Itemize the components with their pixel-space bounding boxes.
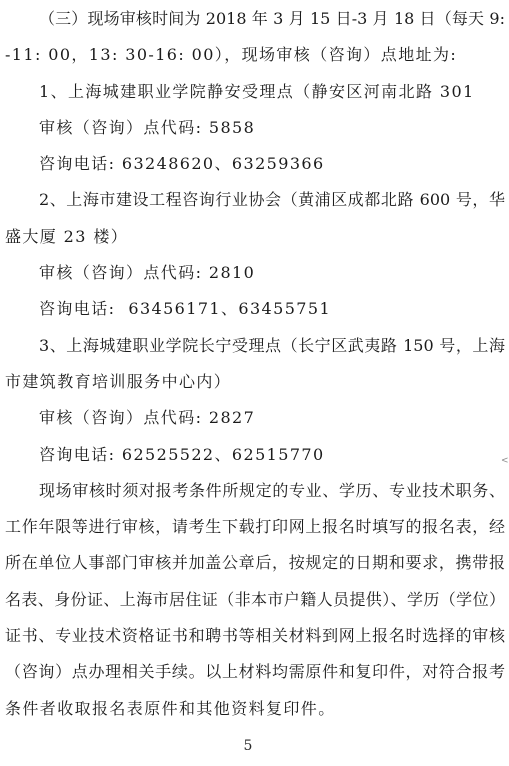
document-line: 审核（咨询）点代码: 5858 xyxy=(5,110,505,146)
page-number: 5 xyxy=(0,736,496,756)
document-line: 现场审核时须对报考条件所规定的专业、学历、专业技术职务、 xyxy=(5,473,505,509)
document-line: （咨询）点办理相关手续。以上材料均需原件和复印件，对符合报考 xyxy=(5,654,505,690)
document-page: （三）现场审核时间为 2018 年 3 月 15 日-3 月 18 日（每天 9… xyxy=(0,0,509,766)
document-line: 审核（咨询）点代码: 2827 xyxy=(5,400,505,436)
document-line: 名表、身份证、上海市居住证（非本市户籍人员提供）、学历（学位） xyxy=(5,582,505,618)
document-body: （三）现场审核时间为 2018 年 3 月 15 日-3 月 18 日（每天 9… xyxy=(5,1,505,727)
document-line: 审核（咨询）点代码: 2810 xyxy=(5,255,505,291)
document-line: 2、上海市建设工程咨询行业协会（黄浦区成都北路 600 号，华 xyxy=(5,182,505,218)
document-line: 所在单位人事部门审核并加盖公章后，按规定的日期和要求，携带报 xyxy=(5,545,505,581)
document-line: 市建筑教育培训服务中心内） xyxy=(5,364,505,400)
document-line: 咨询电话: 63248620、63259366 xyxy=(5,146,505,182)
document-line: 工作年限等进行审核，请考生下载打印网上报名时填写的报名表，经 xyxy=(5,509,505,545)
document-line: （三）现场审核时间为 2018 年 3 月 15 日-3 月 18 日（每天 9… xyxy=(5,1,505,37)
document-line: 盛大厦 23 楼） xyxy=(5,219,505,255)
document-line: 1、上海城建职业学院静安受理点（静安区河南北路 301 号） xyxy=(5,74,505,110)
document-line: 证书、专业技术资格证书和聘书等相关材料到网上报名时选择的审核 xyxy=(5,618,505,654)
document-line: 咨询电话: 62525522、62515770 xyxy=(5,437,505,473)
document-line: -11: 00，13: 30-16: 00），现场审核（咨询）点地址为: xyxy=(5,37,505,73)
document-line: 条件者收取报名表原件和其他资料复印件。 xyxy=(5,691,505,727)
document-line: 咨询电话: 63456171、63455751 xyxy=(5,291,505,327)
scan-artifact-mark: < xyxy=(501,457,509,466)
document-line: 3、上海城建职业学院长宁受理点（长宁区武夷路 150 号，上海 xyxy=(5,328,505,364)
